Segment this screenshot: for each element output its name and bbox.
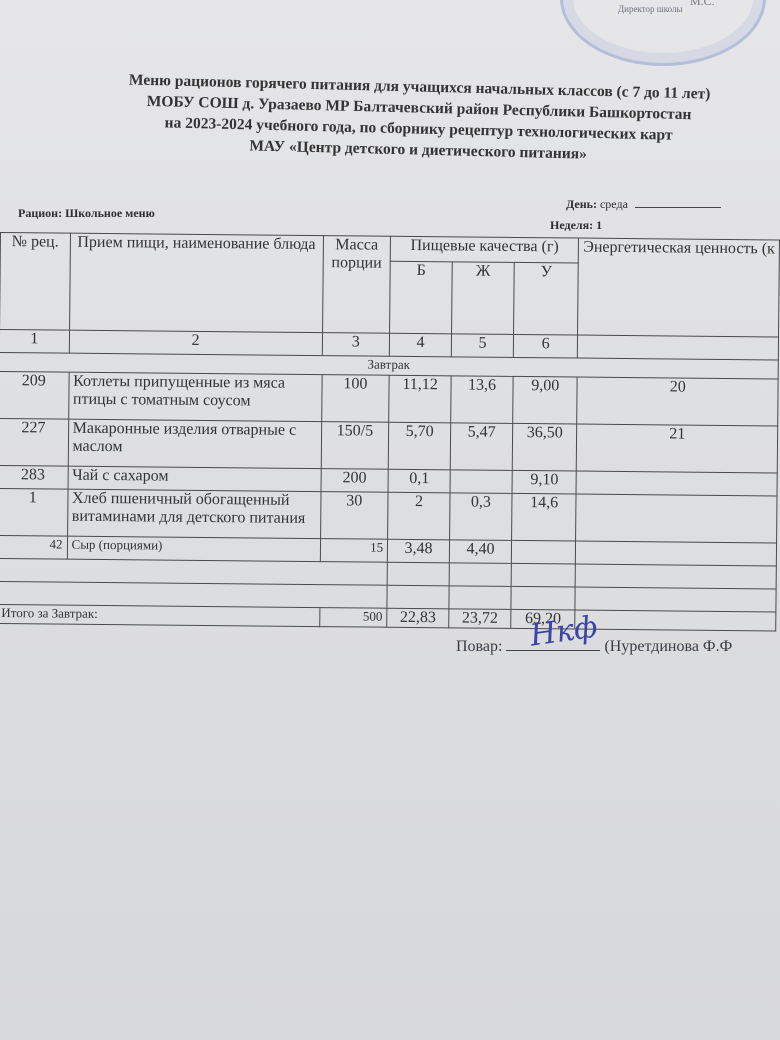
document-title: Меню рационов горячего питания для учащи… bbox=[68, 68, 770, 169]
total-energy bbox=[575, 610, 776, 631]
mass: 15 bbox=[320, 539, 388, 563]
energy bbox=[576, 541, 777, 566]
header-protein: Б bbox=[390, 261, 453, 334]
carbs: 9,00 bbox=[513, 376, 578, 424]
carbs: 9,10 bbox=[512, 470, 577, 494]
cook-line: Повар: (Нуретдинова Ф.Ф bbox=[456, 636, 732, 656]
fat: 0,3 bbox=[450, 493, 512, 541]
blank-cell bbox=[387, 562, 449, 586]
blank-cell bbox=[511, 563, 576, 587]
energy: 20 bbox=[577, 377, 778, 426]
carbs: 36,50 bbox=[512, 423, 577, 471]
header-dish: Прием пищи, наименование блюда bbox=[69, 233, 323, 332]
energy bbox=[576, 494, 777, 543]
recipe-no: 209 bbox=[0, 371, 69, 419]
mass: 150/5 bbox=[321, 422, 389, 470]
mass: 30 bbox=[320, 492, 388, 540]
protein: 11,12 bbox=[389, 375, 451, 423]
cook-name: (Нуретдинова Ф.Ф bbox=[604, 638, 732, 655]
carbs: 14,6 bbox=[512, 493, 577, 541]
signature-line bbox=[506, 636, 600, 651]
col-num: 1 bbox=[0, 330, 69, 354]
col-num: 6 bbox=[513, 334, 578, 358]
stamp-top-text: М.С. bbox=[690, 0, 715, 9]
col-num: 3 bbox=[322, 333, 390, 357]
table-row: 1 Хлеб пшеничный обогащенный витаминами … bbox=[0, 488, 777, 542]
energy: 21 bbox=[577, 424, 778, 473]
dish-name: Макаронные изделия отварные с маслом bbox=[68, 419, 321, 468]
week-label: Неделя: 1 bbox=[550, 218, 602, 233]
header-recipe-no: № рец. bbox=[0, 233, 70, 331]
header-fat: Ж bbox=[452, 262, 515, 335]
blank-cell bbox=[449, 586, 511, 610]
blank-cell bbox=[449, 563, 511, 587]
table-row: 209 Котлеты припущенные из мяса птицы с … bbox=[0, 371, 778, 425]
blank-cell bbox=[511, 586, 576, 610]
day-value: среда bbox=[600, 197, 628, 211]
dish-name: Чай с сахаром bbox=[68, 466, 321, 491]
fat: 13,6 bbox=[451, 376, 513, 424]
fat: 5,47 bbox=[450, 423, 512, 471]
total-protein: 22,83 bbox=[387, 608, 449, 628]
protein: 0,1 bbox=[388, 469, 450, 493]
mass: 200 bbox=[321, 469, 389, 493]
protein: 5,70 bbox=[388, 422, 450, 470]
recipe-no: 283 bbox=[0, 465, 68, 489]
protein: 3,48 bbox=[387, 539, 449, 563]
energy bbox=[576, 471, 777, 496]
total-mass: 500 bbox=[319, 608, 387, 628]
total-fat: 23,72 bbox=[449, 609, 511, 629]
protein: 2 bbox=[388, 492, 450, 540]
fat bbox=[450, 470, 512, 494]
dish-name: Котлеты припущенные из мяса птицы с тома… bbox=[68, 372, 321, 421]
ration-label: Рацион: Школьное меню bbox=[18, 206, 155, 221]
dish-name: Хлеб пшеничный обогащенный витаминами дл… bbox=[67, 489, 320, 538]
day-field: День: среда bbox=[566, 197, 721, 212]
fat: 4,40 bbox=[449, 540, 511, 564]
day-label: День: bbox=[566, 197, 597, 211]
carbs bbox=[511, 540, 576, 564]
col-num: 5 bbox=[451, 334, 513, 358]
table-row: 227 Макаронные изделия отварные с маслом… bbox=[0, 418, 778, 472]
stamp-caption: Директор школы bbox=[618, 4, 683, 14]
recipe-no: 42 bbox=[0, 535, 67, 559]
total-label: Итого за Завтрак: bbox=[0, 604, 319, 626]
header-energy: Энергетическая ценность (к bbox=[578, 238, 780, 337]
cook-label: Повар: bbox=[456, 638, 502, 655]
blank-cell bbox=[575, 587, 776, 612]
recipe-no: 1 bbox=[0, 488, 68, 536]
header-nutrition: Пищевые качества (г) bbox=[390, 236, 579, 263]
blank-cell bbox=[576, 564, 777, 589]
day-underline bbox=[635, 207, 721, 208]
header-carbs: У bbox=[514, 262, 579, 335]
col-num: 2 bbox=[69, 330, 322, 355]
col-num bbox=[578, 335, 779, 360]
dish-name: Сыр (порциями) bbox=[67, 536, 320, 561]
blank-cell bbox=[387, 585, 449, 609]
mass: 100 bbox=[321, 375, 389, 423]
header-mass: Масса порции bbox=[322, 236, 390, 334]
menu-table: № рец. Прием пищи, наименование блюда Ма… bbox=[0, 232, 780, 631]
recipe-no: 227 bbox=[0, 418, 68, 466]
col-num: 4 bbox=[389, 333, 451, 357]
